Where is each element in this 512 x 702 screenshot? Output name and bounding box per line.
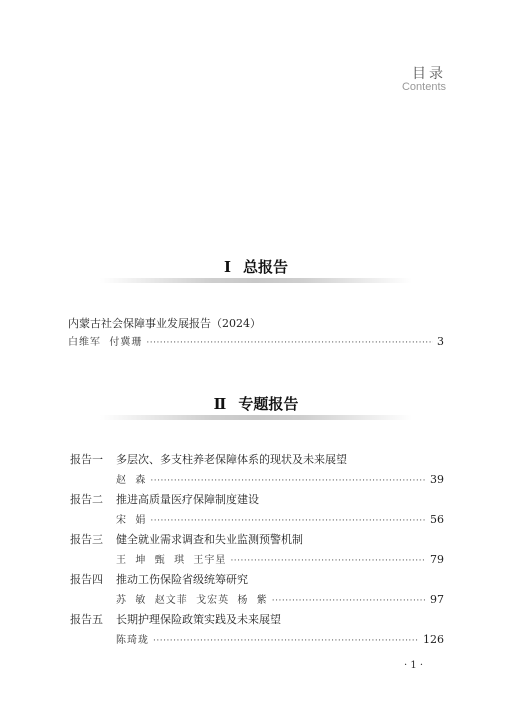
page-number-footer: · 1 ·	[404, 660, 423, 671]
entry-label: 报告四	[70, 572, 116, 588]
toc-entry[interactable]: 报告一 多层次、多支柱养老保障体系的现状及未来展望 赵 森 39	[70, 452, 444, 489]
section-numeral: Ⅱ	[214, 395, 227, 413]
section-divider	[100, 278, 412, 283]
section-title: 总报告	[243, 258, 288, 276]
entry-authors: 白维军 付冀珊	[68, 335, 142, 351]
toc-entry[interactable]: 内蒙古社会保障事业发展报告（2024） 白维军 付冀珊 3	[68, 316, 444, 351]
toc-subtitle: Contents	[402, 82, 446, 93]
toc-entry[interactable]: 报告五 长期护理保险政策实践及未来展望 陈琦珑 126	[70, 612, 444, 649]
section-divider	[100, 415, 412, 420]
entry-page-number[interactable]: 79	[430, 552, 444, 568]
dot-leader	[150, 513, 426, 529]
entry-authors: 王 坤 甄 琪 王宇星	[116, 553, 226, 569]
entry-label: 报告三	[70, 532, 116, 548]
toc-entry[interactable]: 报告二 推进高质量医疗保障制度建设 宋 娟 56	[70, 492, 444, 529]
entry-title[interactable]: 内蒙古社会保障事业发展报告（2024）	[68, 316, 261, 332]
entry-page-number[interactable]: 56	[430, 512, 444, 528]
entry-authors: 赵 森	[116, 473, 146, 489]
entry-page-number[interactable]: 126	[423, 632, 444, 648]
entry-page-number[interactable]: 3	[437, 334, 444, 350]
toc-title: 目录	[402, 66, 446, 82]
entry-page-number[interactable]: 39	[430, 472, 444, 488]
entry-label: 报告五	[70, 612, 116, 628]
entry-title[interactable]: 健全就业需求调查和失业监测预警机制	[116, 532, 303, 548]
entry-authors: 宋 娟	[116, 513, 146, 529]
section-title: 专题报告	[238, 395, 298, 413]
entry-authors: 苏 敏 赵文菲 戈宏英 杨 紫	[116, 593, 268, 609]
entry-title[interactable]: 多层次、多支柱养老保障体系的现状及未来展望	[116, 452, 347, 468]
entry-page-number[interactable]: 97	[430, 592, 444, 608]
dot-leader	[272, 593, 426, 609]
entry-authors: 陈琦珑	[116, 633, 149, 649]
section-numeral: Ⅰ	[224, 258, 231, 276]
entry-title[interactable]: 推进高质量医疗保障制度建设	[116, 492, 259, 508]
section-heading-special-reports: Ⅱ专题报告	[0, 393, 512, 414]
entry-title[interactable]: 推动工伤保险省级统筹研究	[116, 572, 248, 588]
toc-entry[interactable]: 报告三 健全就业需求调查和失业监测预警机制 王 坤 甄 琪 王宇星 79	[70, 532, 444, 569]
dot-leader	[230, 553, 426, 569]
entry-title[interactable]: 长期护理保险政策实践及未来展望	[116, 612, 281, 628]
toc-header: 目录 Contents	[402, 66, 446, 93]
entry-label: 报告二	[70, 492, 116, 508]
dot-leader	[146, 335, 433, 351]
dot-leader	[150, 473, 426, 489]
toc-entry[interactable]: 报告四 推动工伤保险省级统筹研究 苏 敏 赵文菲 戈宏英 杨 紫 97	[70, 572, 444, 609]
dot-leader	[153, 633, 419, 649]
section-heading-general-report: Ⅰ总报告	[0, 256, 512, 277]
entry-label: 报告一	[70, 452, 116, 468]
